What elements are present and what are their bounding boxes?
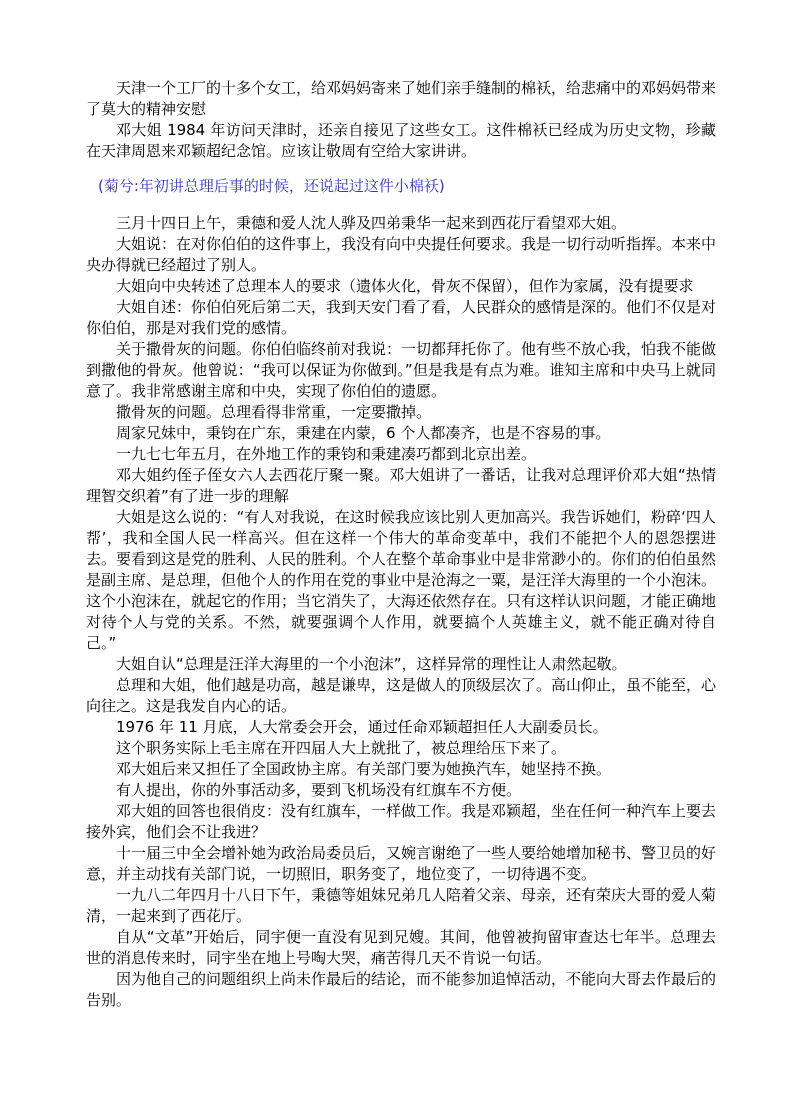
highlighted-note-paragraph: (菊兮:年初讲总理后事的时候，还说起过这件小棉袄)	[86, 176, 716, 197]
body-paragraph: 三月十四日上午，秉德和爱人沈人骅及四弟秉华一起来到西花厅看望邓大姐。	[86, 213, 716, 234]
body-paragraph: 这个职务实际上毛主席在开四届人大上就批了，被总理给压下来了。	[86, 738, 716, 759]
body-paragraph: 大姐是这么说的：“有人对我说，在这时候我应该比别人更加高兴。我告诉她们，粉碎‘四…	[86, 507, 716, 654]
body-paragraph: 邓大姐的回答也很俏皮：没有红旗车，一样做工作。我是邓颖超，坐在任何一种汽车上要去…	[86, 801, 716, 843]
body-paragraph: 总理和大姐，他们越是功高，越是谦卑，这是做人的顶级层次了。高山仰止，虽不能至，心…	[86, 675, 716, 717]
body-paragraph: 邓大姐 1984 年访问天津时，还亲自接见了这些女工。这件棉袄已经成为历史文物，…	[86, 120, 716, 162]
body-paragraph: 有人提出，你的外事活动多，要到飞机场没有红旗车不方便。	[86, 780, 716, 801]
body-paragraph: 邓大姐后来又担任了全国政协主席。有关部门要为她换汽车，她坚持不换。	[86, 759, 716, 780]
body-paragraph: 因为他自己的问题组织上尚未作最后的结论，而不能参加追悼活动，不能向大哥去作最后的…	[86, 969, 716, 1011]
body-paragraph: 邓大姐约侄子侄女六人去西花厅聚一聚。邓大姐讲了一番话，让我对总理评价邓大姐“热情…	[86, 465, 716, 507]
body-paragraph: 一九八二年四月十八日下午，秉德等姐妹兄弟几人陪着父亲、母亲，还有荣庆大哥的爱人菊…	[86, 885, 716, 927]
body-paragraph: 自从“文革”开始后，同宇便一直没有见到兄嫂。其间，他曾被拘留审查达七年半。总理去…	[86, 927, 716, 969]
body-paragraph: 撒骨灰的问题。总理看得非常重，一定要撒掉。	[86, 402, 716, 423]
body-paragraph: 1976 年 11 月底，人大常委会开会，通过任命邓颖超担任人大副委员长。	[86, 717, 716, 738]
document-content: 天津一个工厂的十多个女工，给邓妈妈寄来了她们亲手缝制的棉袄，给悲痛中的邓妈妈带来…	[0, 0, 800, 1011]
document-page: 天津一个工厂的十多个女工，给邓妈妈寄来了她们亲手缝制的棉袄，给悲痛中的邓妈妈带来…	[0, 0, 800, 1100]
body-paragraph: 天津一个工厂的十多个女工，给邓妈妈寄来了她们亲手缝制的棉袄，给悲痛中的邓妈妈带来…	[86, 78, 716, 120]
body-paragraph: 关于撒骨灰的问题。你伯伯临终前对我说：一切都拜托你了。他有些不放心我，怕我不能做…	[86, 339, 716, 402]
body-paragraph: 大姐向中央转述了总理本人的要求（遗体火化，骨灰不保留），但作为家属，没有提要求	[86, 276, 716, 297]
body-paragraph: 十一届三中全会增补她为政治局委员后，又婉言谢绝了一些人要给她增加秘书、警卫员的好…	[86, 843, 716, 885]
body-paragraph: 一九七七年五月，在外地工作的秉钧和秉建凑巧都到北京出差。	[86, 444, 716, 465]
body-paragraph: 周家兄妹中，秉钧在广东，秉建在内蒙，6 个人都凑齐，也是不容易的事。	[86, 423, 716, 444]
body-paragraph: 大姐说：在对你伯伯的这件事上，我没有向中央提任何要求。我是一切行动听指挥。本来中…	[86, 234, 716, 276]
body-paragraph: 大姐自述：你伯伯死后第二天，我到天安门看了看，人民群众的感情是深的。他们不仅是对…	[86, 297, 716, 339]
body-paragraph: 大姐自认“总理是汪洋大海里的一个小泡沫”，这样异常的理性让人肃然起敬。	[86, 654, 716, 675]
